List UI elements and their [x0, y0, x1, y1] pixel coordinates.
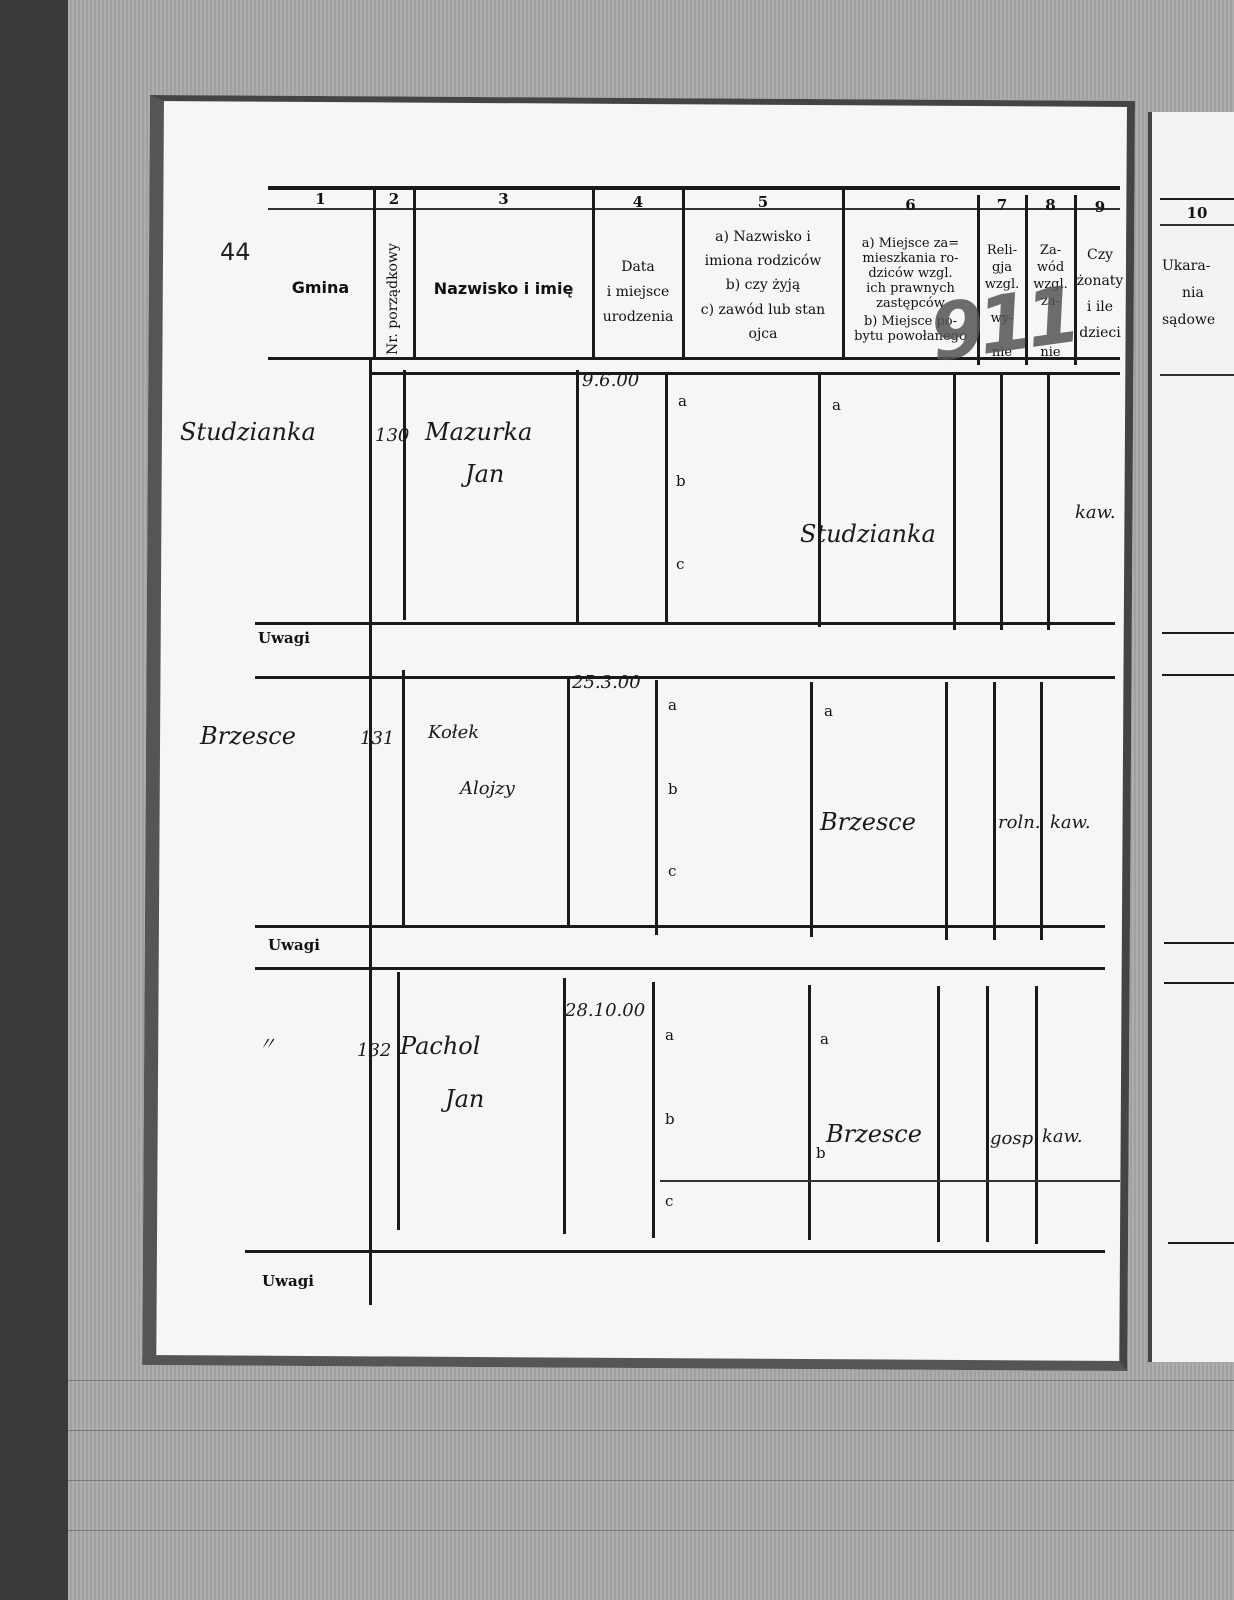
- entry-2-surname: Kołek: [428, 722, 479, 743]
- facing-page: 10 Ukara- nia sądowe: [1148, 112, 1234, 1362]
- entry-3-number: 132: [357, 1040, 391, 1061]
- entry-3-given-name: Jan: [445, 1085, 484, 1113]
- column-header-birth-l3: urodzenia: [594, 308, 682, 327]
- entry-1-label-b: b: [676, 472, 686, 490]
- entry-2-label-a: a: [668, 696, 677, 714]
- entry-2-label-c: c: [668, 862, 676, 880]
- entry-3-occupation: gosp.: [990, 1128, 1039, 1149]
- column-header-birth-l1: Data: [594, 258, 682, 277]
- entry-3-gmina: 〃: [258, 1030, 276, 1056]
- entry-1-label-6a: a: [832, 396, 841, 414]
- entry-3-parents-residence: Brzesce: [826, 1120, 922, 1148]
- entry-2-occupation: roln.: [998, 812, 1041, 833]
- column-header-name: Nazwisko i imię: [415, 279, 592, 298]
- pencil-page-number: 44: [220, 238, 251, 266]
- entry-3-label-6a: a: [820, 1030, 829, 1048]
- entry-1-parents-residence: Studzianka: [800, 520, 936, 548]
- entry-2-remarks-label: Uwagi: [268, 936, 320, 954]
- entry-3-surname: Pachol: [400, 1032, 480, 1060]
- entry-2-label-6a: a: [824, 702, 833, 720]
- column-number-1: 1: [268, 190, 373, 208]
- entry-1-label-c: c: [676, 555, 684, 573]
- entry-1-remarks-label: Uwagi: [258, 629, 310, 647]
- entry-3-marital-status: kaw.: [1042, 1126, 1083, 1147]
- column-number-4: 4: [594, 193, 682, 211]
- column-number-6: 6: [844, 196, 977, 214]
- entry-2-number: 131: [360, 728, 394, 749]
- entry-3-remarks-label: Uwagi: [262, 1272, 314, 1290]
- entry-2-label-b: b: [668, 780, 678, 798]
- column-number-10: 10: [1162, 204, 1232, 222]
- entry-2-given-name: Alojzy: [460, 778, 515, 799]
- entry-2-parents-residence: Brzesce: [820, 808, 916, 836]
- column-number-7: 7: [979, 196, 1025, 214]
- column-header-nr: Nr. porządkowy: [385, 215, 401, 355]
- entry-3-label-6b: b: [816, 1144, 826, 1162]
- entry-1-label-a: a: [678, 392, 687, 410]
- entry-1-number: 130: [375, 425, 409, 446]
- column-number-8: 8: [1027, 196, 1074, 214]
- entry-3-birth-date: 28.10.00: [565, 1000, 645, 1021]
- column-10-header-line1: Ukara-: [1162, 257, 1234, 276]
- entry-2-marital-status: kaw.: [1050, 812, 1091, 833]
- column-number-3: 3: [415, 190, 592, 208]
- entry-1-birth-date: 9.6.00: [582, 370, 639, 391]
- entry-1-marital-status: kaw.: [1075, 502, 1116, 523]
- entry-1-surname: Mazurka: [425, 418, 532, 446]
- entry-1-given-name: Jan: [465, 460, 504, 488]
- column-header-birth-l2: i miejsce: [594, 283, 682, 302]
- entry-3-label-c: c: [665, 1192, 673, 1210]
- entry-2-gmina: Brzesce: [200, 722, 296, 750]
- entry-2-birth-date: 25.3.00: [572, 672, 641, 693]
- column-10-header-line2: nia: [1182, 284, 1234, 303]
- column-number-9: 9: [1076, 198, 1124, 216]
- entry-3-label-b: b: [665, 1110, 675, 1128]
- column-number-2: 2: [375, 190, 413, 208]
- entry-3-label-a: a: [665, 1026, 674, 1044]
- column-header-gmina: Gmina: [268, 278, 373, 297]
- column-10-header-line3: sądowe: [1162, 311, 1234, 330]
- entry-1-gmina: Studzianka: [180, 418, 316, 446]
- scan-edge: [0, 0, 68, 1600]
- column-number-5: 5: [684, 193, 842, 211]
